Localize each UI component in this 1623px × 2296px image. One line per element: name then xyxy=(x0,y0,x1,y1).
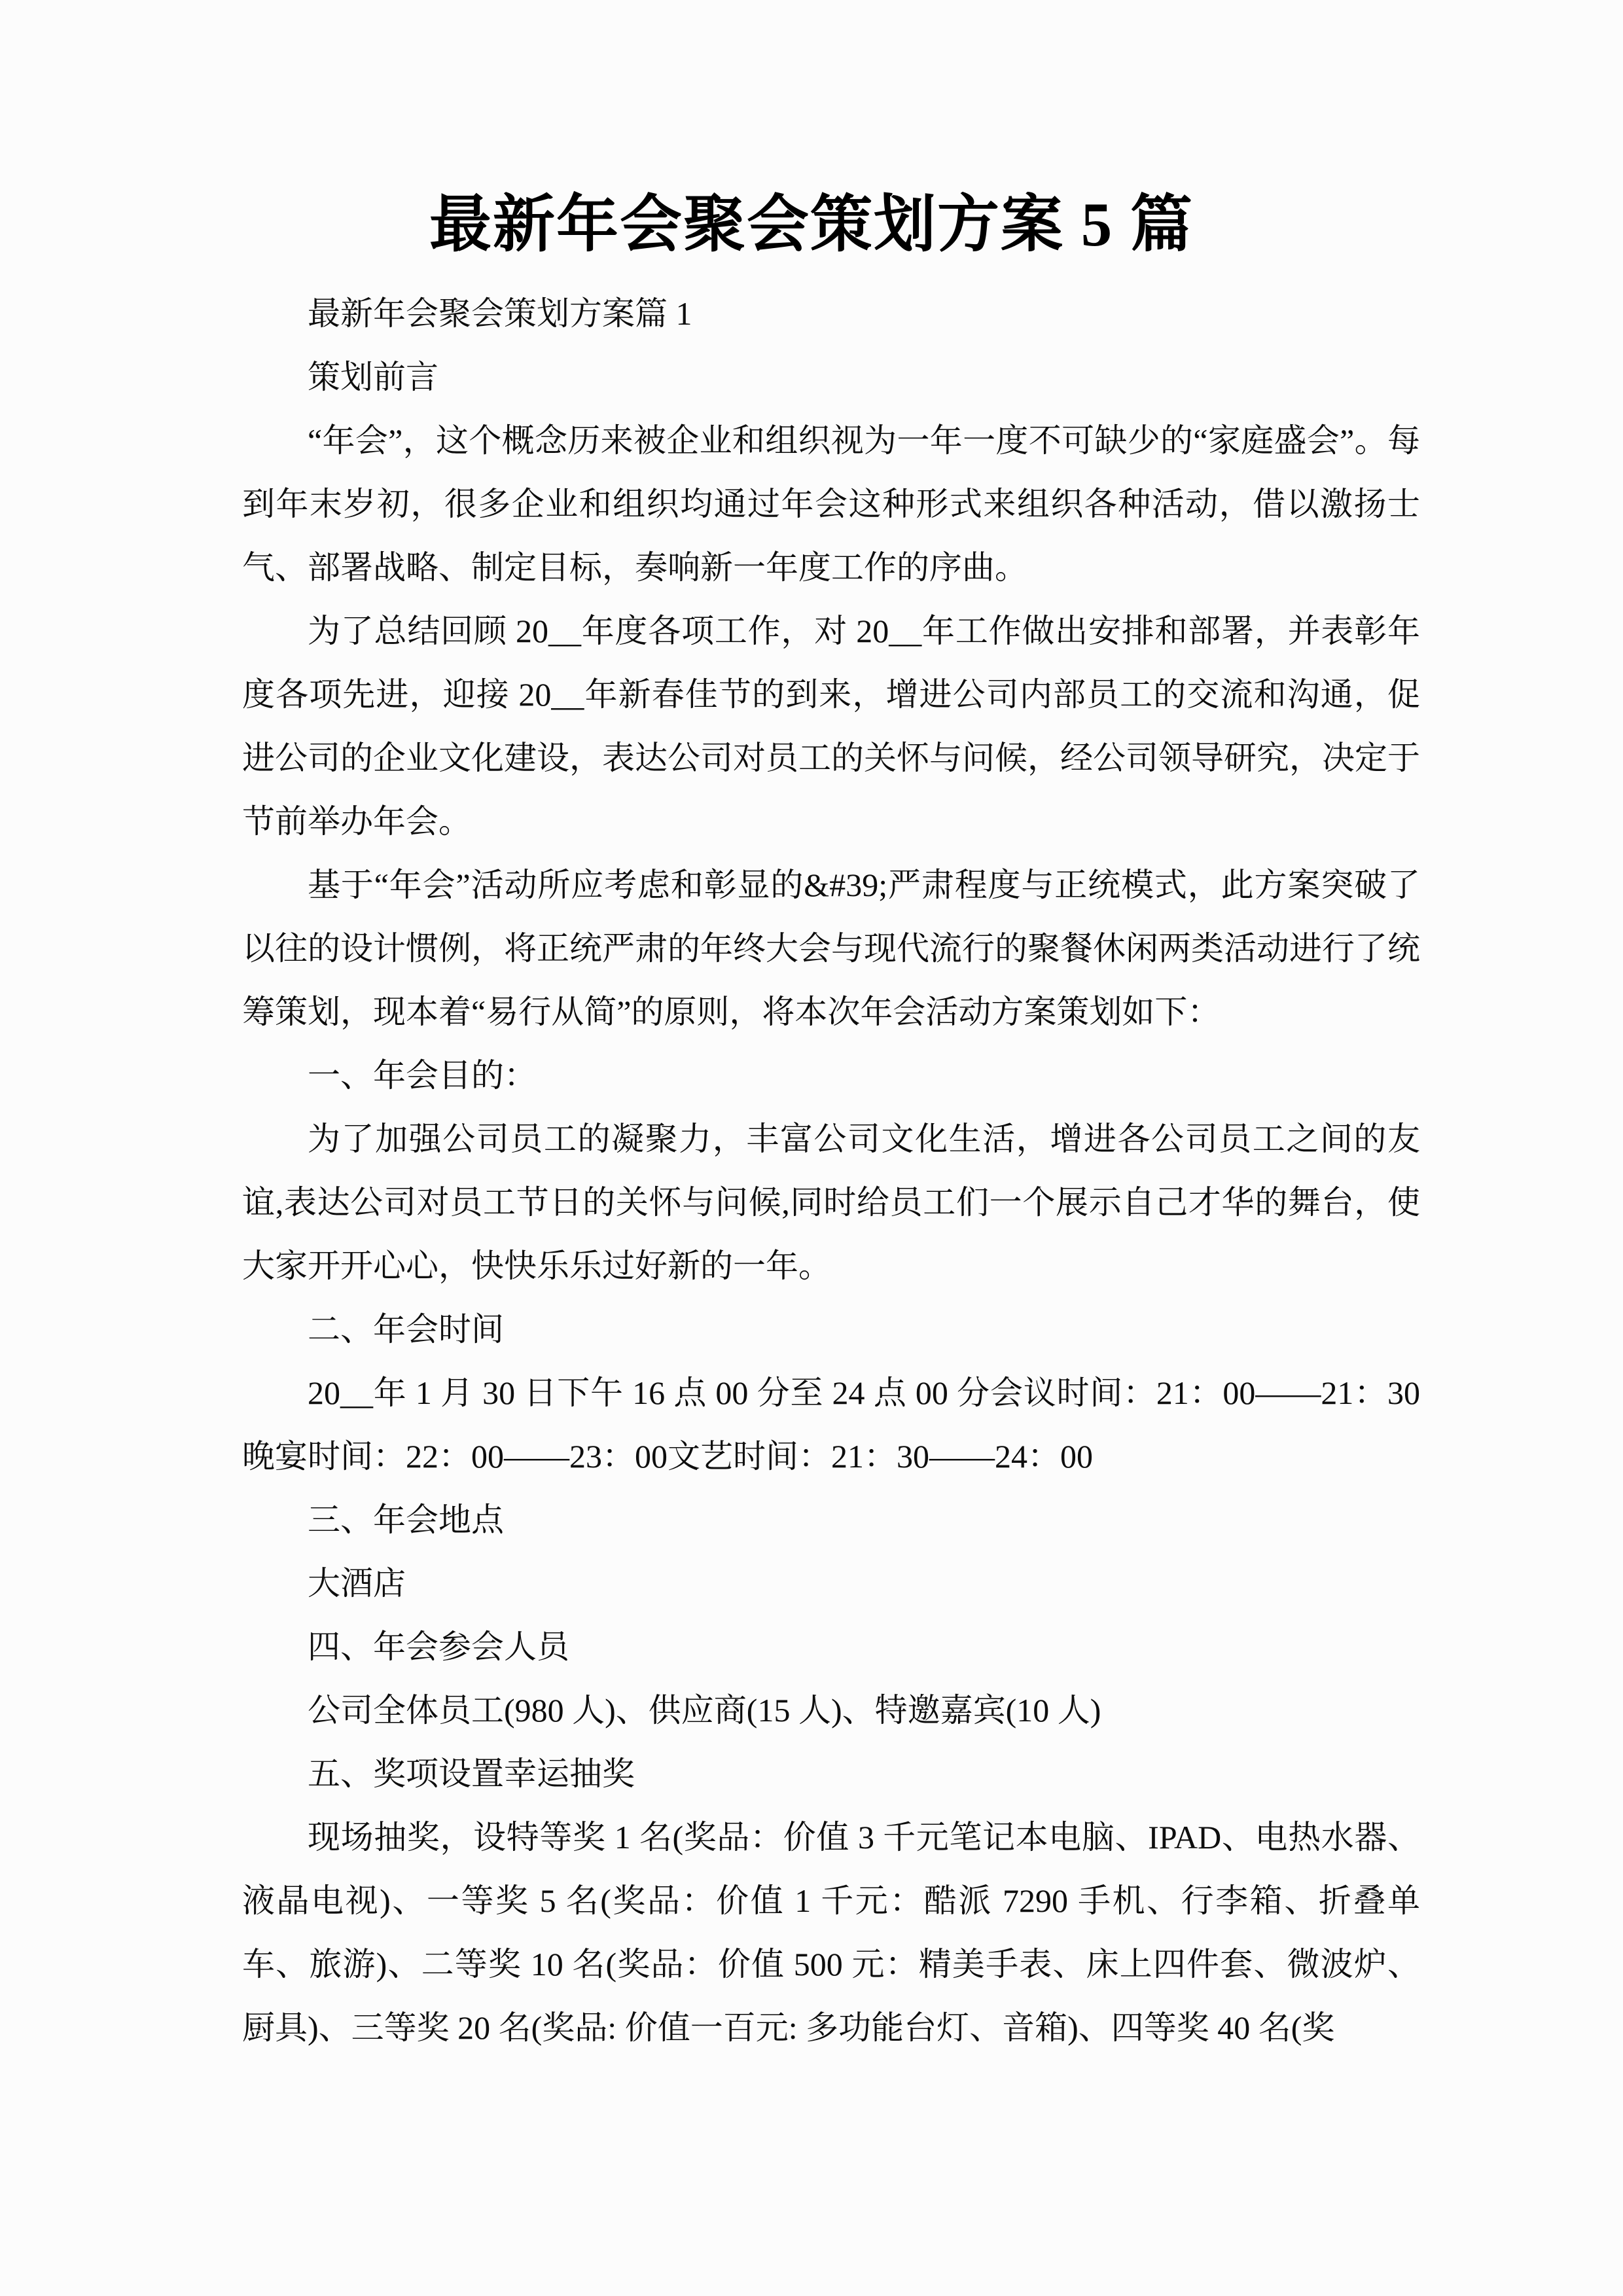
paragraph: 二、年会时间 xyxy=(242,1298,1420,1361)
paragraph: 三、年会地点 xyxy=(242,1488,1420,1552)
paragraph: 现场抽奖，设特等奖 1 名(奖品：价值 3 千元笔记本电脑、IPAD、电热水器、… xyxy=(242,1806,1420,2060)
paragraph: 一、年会目的： xyxy=(242,1044,1420,1107)
paragraph: 为了总结回顾 20__年度各项工作，对 20__年工作做出安排和部署，并表彰年度… xyxy=(242,600,1420,853)
paragraph: “年会”，这个概念历来被企业和组织视为一年一度不可缺少的“家庭盛会”。每到年末岁… xyxy=(242,409,1420,600)
paragraph: 20__年 1 月 30 日下午 16 点 00 分至 24 点 00 分会议时… xyxy=(242,1361,1420,1488)
document-page: 最新年会聚会策划方案 5 篇 最新年会聚会策划方案篇 1 策划前言 “年会”，这… xyxy=(0,0,1623,2296)
paragraph: 为了加强公司员工的凝聚力，丰富公司文化生活，增进各公司员工之间的友谊,表达公司对… xyxy=(242,1107,1420,1298)
paragraph: 五、奖项设置幸运抽奖 xyxy=(242,1742,1420,1806)
page-title: 最新年会聚会策划方案 5 篇 xyxy=(0,0,1623,267)
document-body: 最新年会聚会策划方案篇 1 策划前言 “年会”，这个概念历来被企业和组织视为一年… xyxy=(0,267,1623,2060)
paragraph: 最新年会聚会策划方案篇 1 xyxy=(242,282,1420,346)
paragraph: 公司全体员工(980 人)、供应商(15 人)、特邀嘉宾(10 人) xyxy=(242,1679,1420,1742)
paragraph: 策划前言 xyxy=(242,346,1420,409)
paragraph: 大酒店 xyxy=(242,1552,1420,1615)
paragraph: 四、年会参会人员 xyxy=(242,1615,1420,1679)
paragraph: 基于“年会”活动所应考虑和彰显的&#39;严肃程度与正统模式，此方案突破了以往的… xyxy=(242,853,1420,1044)
